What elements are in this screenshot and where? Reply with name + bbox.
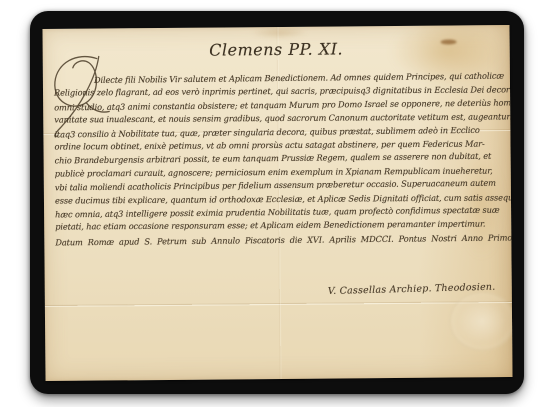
manuscript-photo: Clemens PP. XI. Dilecte fili Nobilis Vir…: [0, 0, 555, 407]
photo-mat: Clemens PP. XI. Dilecte fili Nobilis Vir…: [30, 11, 524, 394]
manuscript-body: Dilecte fili Nobilis Vir salutem et Apli…: [54, 70, 509, 249]
seal-impression: [449, 291, 513, 352]
manuscript-line: Datum Romæ apud S. Petrum sub Annulo Pis…: [55, 231, 508, 249]
manuscript-paper: Clemens PP. XI. Dilecte fili Nobilis Vir…: [42, 25, 512, 381]
